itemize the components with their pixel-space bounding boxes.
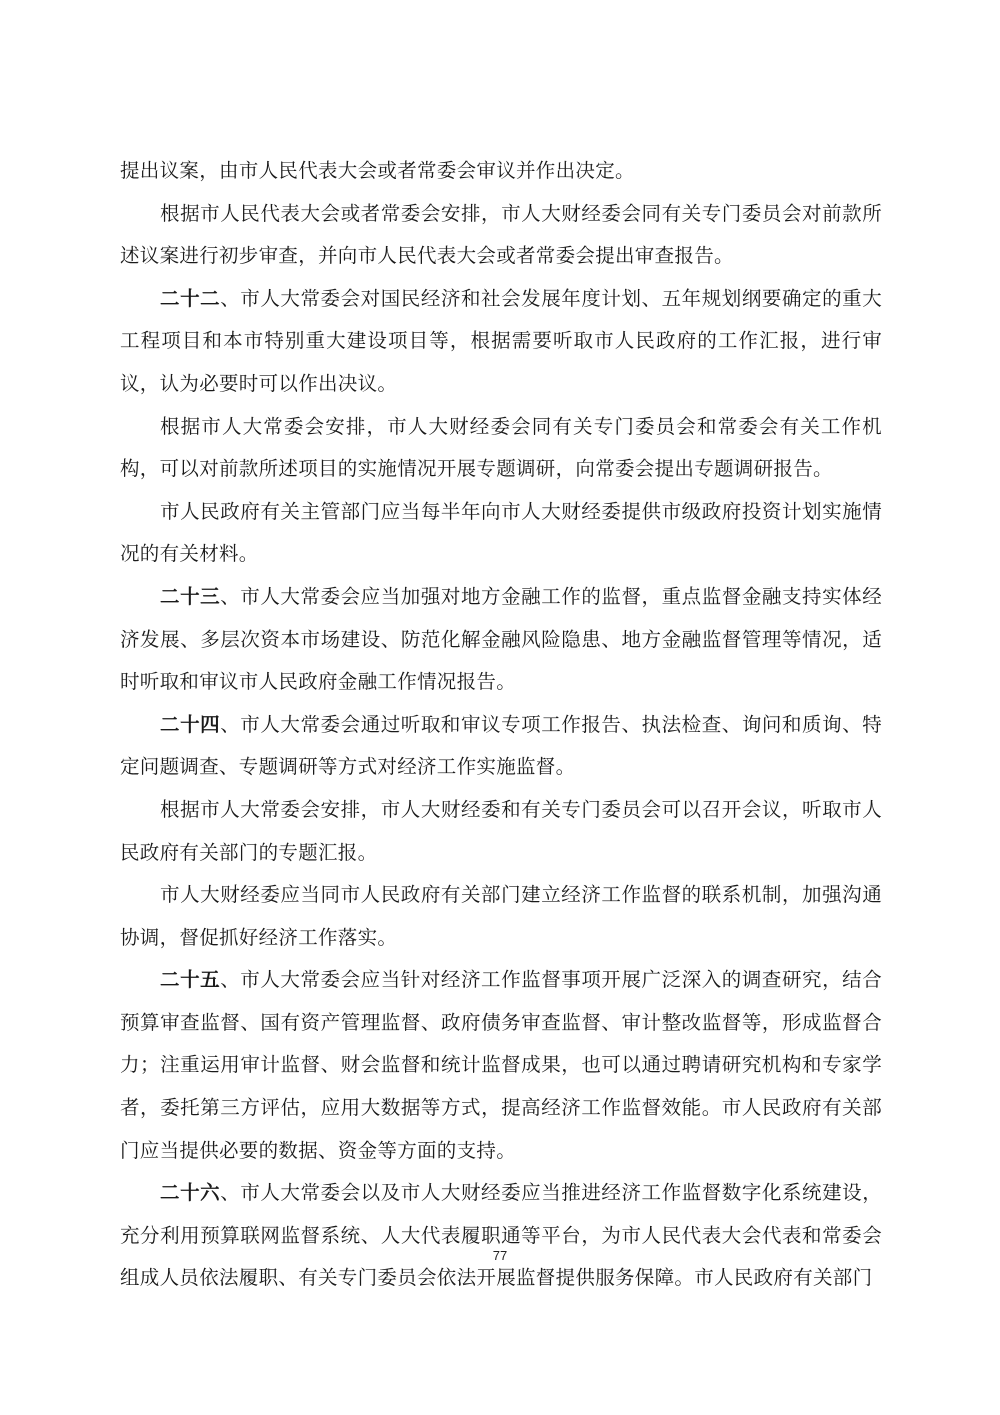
article-number: 二十六 — [160, 1181, 220, 1204]
paragraph: 根据市人民代表大会或者常委会安排，市人大财经委会同有关专门委员会对前款所述议案进… — [120, 193, 882, 278]
article-25: 二十五、市人大常委会应当针对经济工作监督事项开展广泛深入的调查研究，结合预算审查… — [120, 959, 882, 1172]
article-number: 二十二 — [160, 287, 220, 310]
paragraph-text: 、市人大常委会对国民经济和社会发展年度计划、五年规划纲要确定的重大工程项目和本市… — [120, 287, 882, 395]
article-22: 二十二、市人大常委会对国民经济和社会发展年度计划、五年规划纲要确定的重大工程项目… — [120, 278, 882, 406]
article-26: 二十六、市人大常委会以及市人大财经委应当推进经济工作监督数字化系统建设，充分利用… — [120, 1172, 882, 1300]
paragraph: 根据市人大常委会安排，市人大财经委和有关专门委员会可以召开会议，听取市人民政府有… — [120, 789, 882, 874]
paragraph-text: 、市人大常委会以及市人大财经委应当推进经济工作监督数字化系统建设，充分利用预算联… — [120, 1181, 882, 1289]
document-page: 提出议案，由市人民代表大会或者常委会审议并作出决定。 根据市人民代表大会或者常委… — [120, 150, 882, 1300]
paragraph-text: 根据市人民代表大会或者常委会安排，市人大财经委会同有关专门委员会对前款所述议案进… — [120, 202, 882, 268]
paragraph-text: 、市人大常委会应当加强对地方金融工作的监督，重点监督金融支持实体经济发展、多层次… — [120, 585, 882, 693]
paragraph-text: 、市人大常委会应当针对经济工作监督事项开展广泛深入的调查研究，结合预算审查监督、… — [120, 968, 882, 1161]
article-24: 二十四、市人大常委会通过听取和审议专项工作报告、执法检查、询问和质询、特定问题调… — [120, 704, 882, 789]
paragraph: 市人民政府有关主管部门应当每半年向市人大财经委提供市级政府投资计划实施情况的有关… — [120, 491, 882, 576]
paragraph-text: 市人大财经委应当同市人民政府有关部门建立经济工作监督的联系机制，加强沟通协调，督… — [120, 883, 882, 949]
article-number: 二十四 — [160, 713, 220, 736]
paragraph: 市人大财经委应当同市人民政府有关部门建立经济工作监督的联系机制，加强沟通协调，督… — [120, 874, 882, 959]
article-23: 二十三、市人大常委会应当加强对地方金融工作的监督，重点监督金融支持实体经济发展、… — [120, 576, 882, 704]
paragraph-text: 提出议案，由市人民代表大会或者常委会审议并作出决定。 — [120, 159, 635, 182]
page-number: 77 — [0, 1248, 1000, 1263]
paragraph-text: 根据市人大常委会安排，市人大财经委和有关专门委员会可以召开会议，听取市人民政府有… — [120, 798, 882, 864]
paragraph: 根据市人大常委会安排，市人大财经委会同有关专门委员会和常委会有关工作机构，可以对… — [120, 406, 882, 491]
paragraph-text: 根据市人大常委会安排，市人大财经委会同有关专门委员会和常委会有关工作机构，可以对… — [120, 415, 882, 481]
paragraph-text: 、市人大常委会通过听取和审议专项工作报告、执法检查、询问和质询、特定问题调查、专… — [120, 713, 882, 779]
paragraph: 提出议案，由市人民代表大会或者常委会审议并作出决定。 — [120, 150, 882, 193]
paragraph-text: 市人民政府有关主管部门应当每半年向市人大财经委提供市级政府投资计划实施情况的有关… — [120, 500, 882, 566]
article-number: 二十三 — [160, 585, 220, 608]
article-number: 二十五 — [160, 968, 220, 991]
